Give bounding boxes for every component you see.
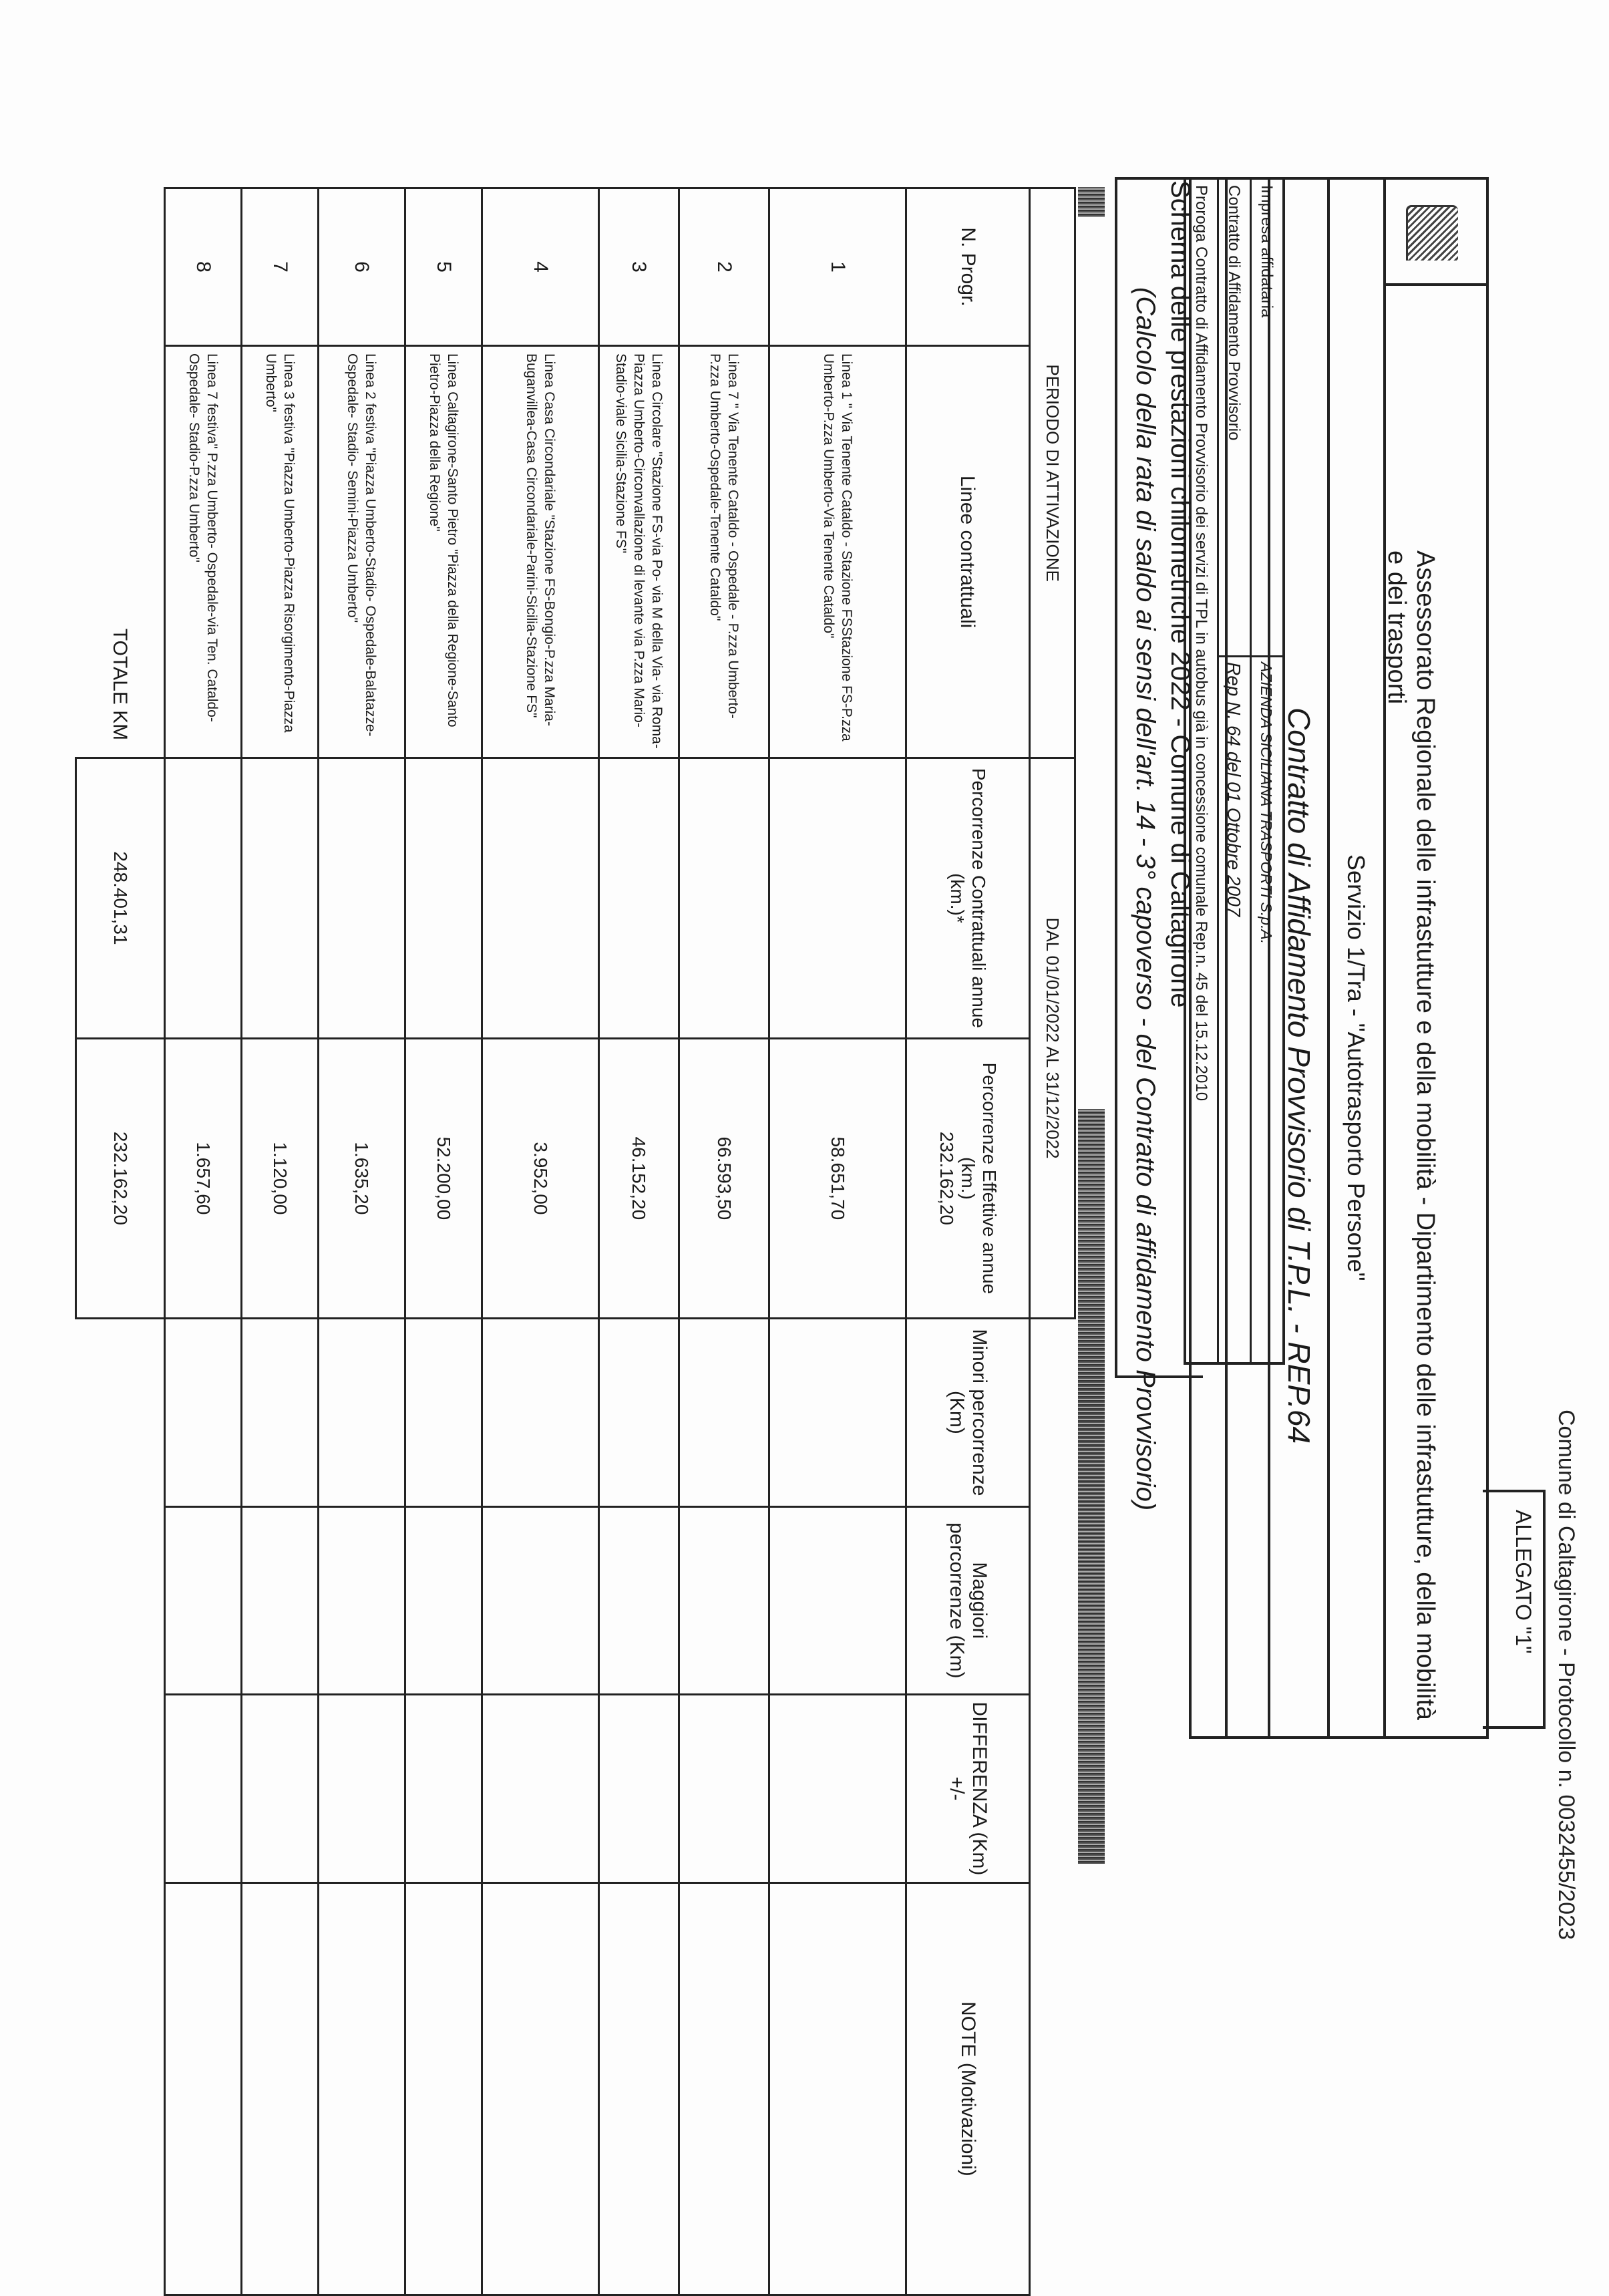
line-description: Linea Caltagirone-Santo Pietro "Piazza d… bbox=[405, 345, 482, 758]
maggiori-percorrenze bbox=[165, 1506, 242, 1694]
col-differenza: DIFFERENZA (Km) +/- bbox=[906, 1695, 1030, 1883]
percorrenze-contrattuali bbox=[679, 758, 769, 1039]
total-label: TOTALE KM bbox=[76, 188, 165, 758]
shaded-band bbox=[1078, 187, 1105, 217]
note bbox=[405, 1882, 482, 2295]
line-description: Linea 7 festiva" P.zza Umberto- Ospedale… bbox=[165, 345, 242, 758]
maggiori-percorrenze bbox=[482, 1506, 599, 1694]
percorrenze-effettive: 1.635,20 bbox=[319, 1038, 405, 1319]
differenza bbox=[482, 1695, 599, 1883]
table-row: 8Linea 7 festiva" P.zza Umberto- Ospedal… bbox=[165, 188, 242, 2295]
note bbox=[165, 1882, 242, 2295]
row-number: 4 bbox=[482, 188, 599, 346]
line-description: Linea Circolare "Stazione FS-via Po- via… bbox=[599, 345, 679, 758]
scanned-page: Comune di Caltagirone - Protocollo n. 00… bbox=[0, 0, 1609, 2296]
row-number: 2 bbox=[679, 188, 769, 346]
minori-percorrenze bbox=[482, 1319, 599, 1506]
percorrenze-effettive: 66.593,50 bbox=[679, 1038, 769, 1319]
shaded-band bbox=[1078, 1109, 1105, 1864]
percorrenze-effettive: 3.952,00 bbox=[482, 1038, 599, 1319]
differenza bbox=[405, 1695, 482, 1883]
schema-title: Schema delle prestazioni chilometriche 2… bbox=[1165, 180, 1195, 1007]
minori-percorrenze bbox=[319, 1319, 405, 1506]
table-row: 5Linea Caltagirone-Santo Pietro "Piazza … bbox=[405, 188, 482, 2295]
percorrenze-effettive: 52.200,00 bbox=[405, 1038, 482, 1319]
schema-subtitle: (Calcolo della rata di saldo ai sensi de… bbox=[1130, 287, 1160, 1510]
protocol-number: Comune di Caltagirone - Protocollo n. 00… bbox=[1553, 1410, 1579, 1940]
note bbox=[242, 1882, 319, 2295]
col-maggiori: Maggiori percorrenze (Km) bbox=[906, 1506, 1030, 1694]
line-description: Linea 7 " Via Tenente Cataldo - Ospedale… bbox=[679, 345, 769, 758]
maggiori-percorrenze bbox=[679, 1506, 769, 1694]
row-number: 5 bbox=[405, 188, 482, 346]
differenza bbox=[599, 1695, 679, 1883]
line-description: Linea 1 " Via Tenente Cataldo - Stazione… bbox=[769, 345, 906, 758]
line-description: Linea 2 festiva "Piazza Umberto-Stadio- … bbox=[319, 345, 405, 758]
note bbox=[679, 1882, 769, 2295]
line-description: Linea 3 festiva "Piazza Umberto-Piazza R… bbox=[242, 345, 319, 758]
qr-stamp-icon bbox=[1406, 205, 1458, 261]
col-note: NOTE (Motivazioni) bbox=[906, 1882, 1030, 2295]
differenza bbox=[319, 1695, 405, 1883]
maggiori-percorrenze bbox=[242, 1506, 319, 1694]
differenza bbox=[679, 1695, 769, 1883]
percorrenze-effettive: 58.651,70 bbox=[769, 1038, 906, 1319]
minori-percorrenze bbox=[679, 1319, 769, 1506]
percorrenze-effettive: 1.657,60 bbox=[165, 1038, 242, 1319]
note bbox=[319, 1882, 405, 2295]
note bbox=[482, 1882, 599, 2295]
table-row: 6Linea 2 festiva "Piazza Umberto-Stadio-… bbox=[319, 188, 405, 2295]
line-description: Linea Casa Circondariale "Stazione FS-Bo… bbox=[482, 345, 599, 758]
table-row: 1Linea 1 " Via Tenente Cataldo - Stazion… bbox=[769, 188, 906, 2295]
total-contrattuali: 248.401,31 bbox=[76, 758, 165, 1039]
table-row: 3Linea Circolare "Stazione FS-via Po- vi… bbox=[599, 188, 679, 2295]
col-contrattuali: Percorrenze Contrattuali annue (km.)* bbox=[906, 758, 1030, 1039]
col-linee: Linee contrattuali bbox=[906, 345, 1030, 758]
department-title: Assessorato Regionale delle infrastuttur… bbox=[1382, 550, 1439, 1736]
differenza bbox=[769, 1695, 906, 1883]
percorrenze-contrattuali bbox=[319, 758, 405, 1039]
col-effettive: Percorrenze Effettive annue (km.) 232.16… bbox=[906, 1038, 1030, 1319]
contract-title: Contratto di Affidamento Provvisorio di … bbox=[1281, 707, 1317, 1444]
service-title: Servizio 1/Tra - "Autotrasporto Persone" bbox=[1342, 854, 1370, 1281]
km-table: PERIODO DI ATTIVAZIONE DAL 01/01/2022 AL… bbox=[75, 187, 1076, 2296]
percorrenze-contrattuali bbox=[165, 758, 242, 1039]
row-number: 1 bbox=[769, 188, 906, 346]
table-row: 2Linea 7 " Via Tenente Cataldo - Ospedal… bbox=[679, 188, 769, 2295]
total-row: TOTALE KM 248.401,31 232.162,20 bbox=[76, 188, 165, 2295]
percorrenze-contrattuali bbox=[769, 758, 906, 1039]
percorrenze-contrattuali bbox=[405, 758, 482, 1039]
table-row: 4Linea Casa Circondariale "Stazione FS-B… bbox=[482, 188, 599, 2295]
maggiori-percorrenze bbox=[769, 1506, 906, 1694]
maggiori-percorrenze bbox=[599, 1506, 679, 1694]
contratto-label: Contratto di Affidamento Provvisorio bbox=[1224, 185, 1243, 440]
differenza bbox=[165, 1695, 242, 1883]
periodo-value: DAL 01/01/2022 AL 31/12/2022 bbox=[1030, 758, 1075, 1319]
differenza bbox=[242, 1695, 319, 1883]
logo bbox=[1386, 180, 1486, 286]
col-n-progr: N. Progr. bbox=[906, 188, 1030, 346]
impresa-value: AZIENDA SICILIANA TRASPORTI S.p.A. bbox=[1257, 662, 1275, 944]
table-row: 7Linea 3 festiva "Piazza Umberto-Piazza … bbox=[242, 188, 319, 2295]
minori-percorrenze bbox=[599, 1319, 679, 1506]
periodo-label: PERIODO DI ATTIVAZIONE bbox=[1030, 188, 1075, 758]
row-number: 3 bbox=[599, 188, 679, 346]
effettive-total-header: 232.162,20 bbox=[936, 1039, 957, 1318]
total-effettive: 232.162,20 bbox=[76, 1038, 165, 1319]
allegato-label: ALLEGATO "1" bbox=[1511, 1510, 1536, 1653]
minori-percorrenze bbox=[165, 1319, 242, 1506]
maggiori-percorrenze bbox=[319, 1506, 405, 1694]
row-number: 8 bbox=[165, 188, 242, 346]
percorrenze-effettive: 1.120,00 bbox=[242, 1038, 319, 1319]
maggiori-percorrenze bbox=[405, 1506, 482, 1694]
minori-percorrenze bbox=[242, 1319, 319, 1506]
row-number: 7 bbox=[242, 188, 319, 346]
impresa-label: Impresa affidataria bbox=[1257, 185, 1276, 317]
percorrenze-contrattuali bbox=[482, 758, 599, 1039]
note bbox=[599, 1882, 679, 2295]
note bbox=[769, 1882, 906, 2295]
contratto-value: Rep N. 64 del 01 Ottobre 2007 bbox=[1223, 662, 1244, 917]
row-number: 6 bbox=[319, 188, 405, 346]
minori-percorrenze bbox=[769, 1319, 906, 1506]
minori-percorrenze bbox=[405, 1319, 482, 1506]
percorrenze-contrattuali bbox=[242, 758, 319, 1039]
col-minori: Minori percorrenze (Km) bbox=[906, 1319, 1030, 1506]
percorrenze-effettive: 46.152,20 bbox=[599, 1038, 679, 1319]
percorrenze-contrattuali bbox=[599, 758, 679, 1039]
